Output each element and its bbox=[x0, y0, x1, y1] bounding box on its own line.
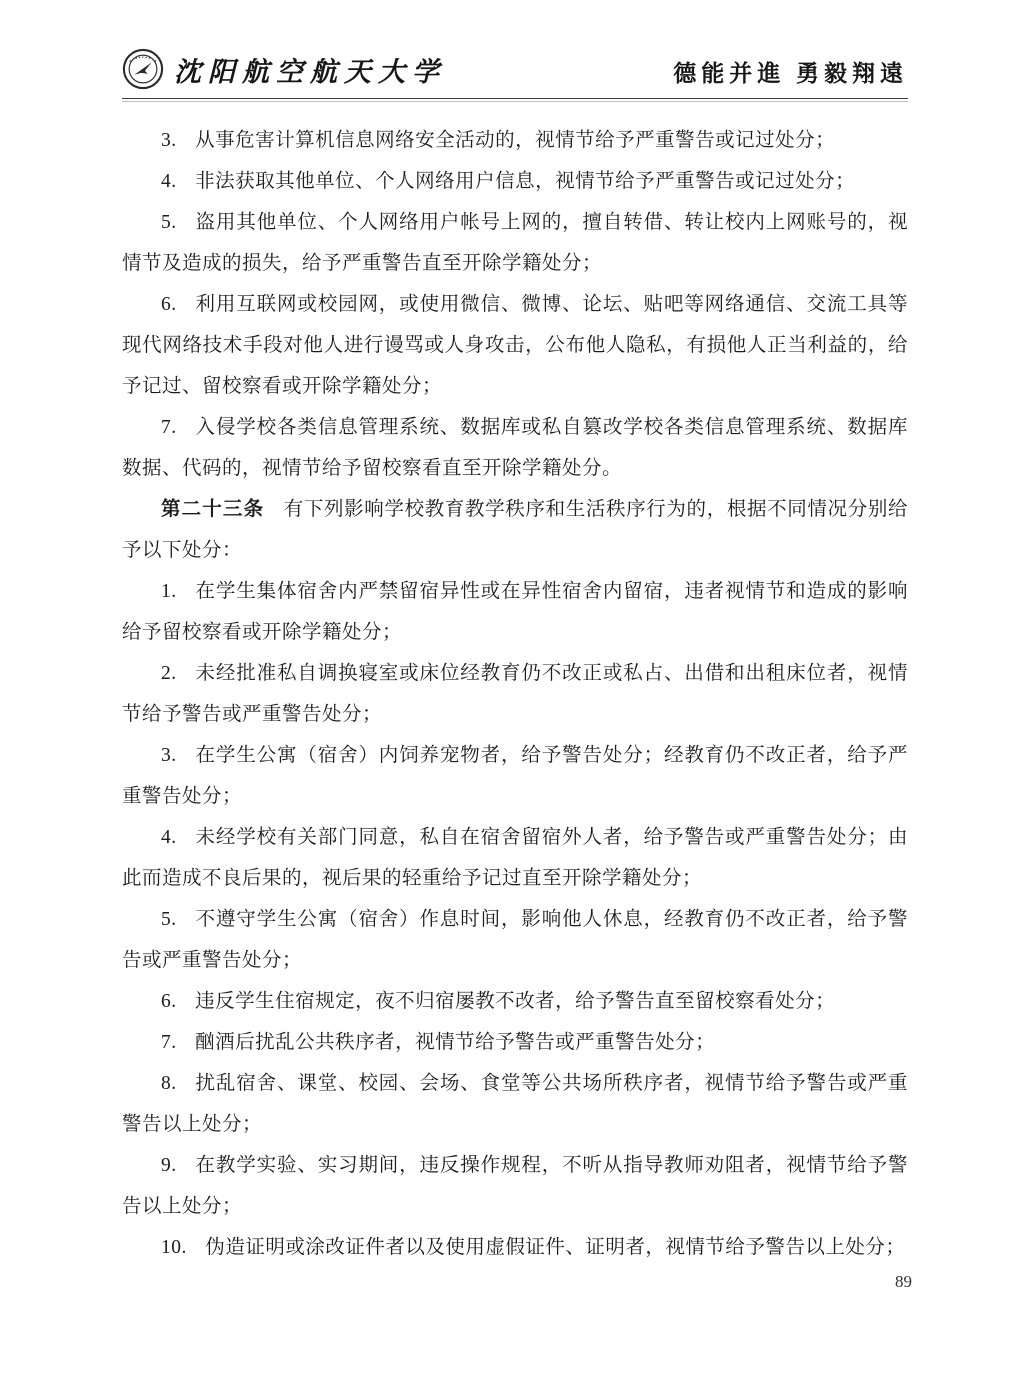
item-number: 7. bbox=[161, 1032, 177, 1053]
article-23-heading: 第二十三条有下列影响学校教育教学秩序和生活秩序行为的，根据不同情况分别给予以下处… bbox=[122, 489, 908, 571]
item-number: 6. bbox=[161, 294, 177, 315]
regulation-paragraph: 7.酗酒后扰乱公共秩序者，视情节给予警告或严重警告处分； bbox=[122, 1022, 908, 1063]
regulation-paragraph: 10.伪造证明或涂改证件者以及使用虚假证件、证明者，视情节给予警告以上处分； bbox=[122, 1227, 908, 1268]
regulation-paragraph: 5.盗用其他单位、个人网络用户帐号上网的，擅自转借、转让校内上网账号的，视情节及… bbox=[122, 202, 908, 284]
item-text: 在教学实验、实习期间，违反操作规程，不听从指导教师劝阻者，视情节给予警告以上处分… bbox=[122, 1155, 908, 1217]
item-text: 未经学校有关部门同意，私自在宿舍留宿外人者，给予警告或严重警告处分；由此而造成不… bbox=[122, 827, 908, 889]
document-page: 沈阳航空航天大学 德能并進 勇毅翔遠 3.从事危害计算机信息网络安全活动的，视情… bbox=[0, 0, 1024, 1387]
regulation-paragraph: 4.未经学校有关部门同意，私自在宿舍留宿外人者，给予警告或严重警告处分；由此而造… bbox=[122, 817, 908, 899]
regulation-paragraph: 2.未经批准私自调换寝室或床位经教育仍不改正或私占、出借和出租床位者，视情节给予… bbox=[122, 653, 908, 735]
item-number: 8. bbox=[161, 1073, 177, 1094]
item-text: 在学生集体宿舍内严禁留宿异性或在异性宿舍内留宿，违者视情节和造成的影响给予留校察… bbox=[122, 581, 908, 643]
school-motto: 德能并進 勇毅翔遠 bbox=[673, 55, 908, 90]
item-text: 违反学生住宿规定，夜不归宿屡教不改者，给予警告直至留校察看处分； bbox=[195, 991, 835, 1012]
item-text: 非法获取其他单位、个人网络用户信息，视情节给予严重警告或记过处分； bbox=[195, 171, 855, 192]
item-text: 在学生公寓（宿舍）内饲养宠物者，给予警告处分；经教育仍不改正者，给予严重警告处分… bbox=[122, 745, 908, 807]
university-logo-icon bbox=[122, 48, 164, 90]
item-number: 1. bbox=[161, 581, 177, 602]
item-number: 7. bbox=[161, 417, 177, 438]
item-text: 从事危害计算机信息网络安全活动的，视情节给予严重警告或记过处分； bbox=[195, 130, 835, 151]
document-body: 3.从事危害计算机信息网络安全活动的，视情节给予严重警告或记过处分； 4.非法获… bbox=[122, 120, 908, 1268]
item-text: 扰乱宿舍、课堂、校园、会场、食堂等公共场所秩序者，视情节给予警告或严重警告以上处… bbox=[122, 1073, 908, 1135]
item-number: 5. bbox=[161, 212, 177, 233]
item-text: 利用互联网或校园网，或使用微信、微博、论坛、贴吧等网络通信、交流工具等现代网络技… bbox=[122, 294, 908, 397]
regulation-paragraph: 6.违反学生住宿规定，夜不归宿屡教不改者，给予警告直至留校察看处分； bbox=[122, 981, 908, 1022]
item-number: 5. bbox=[161, 909, 177, 930]
item-text: 未经批准私自调换寝室或床位经教育仍不改正或私占、出借和出租床位者，视情节给予警告… bbox=[122, 663, 908, 725]
item-text: 酗酒后扰乱公共秩序者，视情节给予警告或严重警告处分； bbox=[195, 1032, 715, 1053]
item-number: 4. bbox=[161, 827, 177, 848]
university-name: 沈阳航空航天大学 bbox=[174, 50, 446, 89]
regulation-paragraph: 3.从事危害计算机信息网络安全活动的，视情节给予严重警告或记过处分； bbox=[122, 120, 908, 161]
item-number: 3. bbox=[161, 130, 177, 151]
article-label: 第二十三条 bbox=[161, 498, 264, 520]
regulation-paragraph: 5.不遵守学生公寓（宿舍）作息时间，影响他人休息，经教育仍不改正者，给予警告或严… bbox=[122, 899, 908, 981]
header-brand: 沈阳航空航天大学 bbox=[122, 48, 446, 90]
regulation-paragraph: 7.入侵学校各类信息管理系统、数据库或私自篡改学校各类信息管理系统、数据库数据、… bbox=[122, 407, 908, 489]
regulation-paragraph: 1.在学生集体宿舍内严禁留宿异性或在异性宿舍内留宿，违者视情节和造成的影响给予留… bbox=[122, 571, 908, 653]
regulation-paragraph: 3.在学生公寓（宿舍）内饲养宠物者，给予警告处分；经教育仍不改正者，给予严重警告… bbox=[122, 735, 908, 817]
regulation-paragraph: 8.扰乱宿舍、课堂、校园、会场、食堂等公共场所秩序者，视情节给予警告或严重警告以… bbox=[122, 1063, 908, 1145]
item-number: 4. bbox=[161, 171, 177, 192]
regulation-paragraph: 4.非法获取其他单位、个人网络用户信息，视情节给予严重警告或记过处分； bbox=[122, 161, 908, 202]
item-number: 9. bbox=[161, 1155, 177, 1176]
item-text: 伪造证明或涂改证件者以及使用虚假证件、证明者，视情节给予警告以上处分； bbox=[205, 1237, 905, 1258]
page-header: 沈阳航空航天大学 德能并進 勇毅翔遠 bbox=[122, 48, 908, 99]
item-number: 6. bbox=[161, 991, 177, 1012]
regulation-paragraph: 6.利用互联网或校园网，或使用微信、微博、论坛、贴吧等网络通信、交流工具等现代网… bbox=[122, 284, 908, 407]
regulation-paragraph: 9.在教学实验、实习期间，违反操作规程，不听从指导教师劝阻者，视情节给予警告以上… bbox=[122, 1145, 908, 1227]
page-number: 89 bbox=[895, 1272, 912, 1292]
item-text: 盗用其他单位、个人网络用户帐号上网的，擅自转借、转让校内上网账号的，视情节及造成… bbox=[122, 212, 908, 274]
item-text: 入侵学校各类信息管理系统、数据库或私自篡改学校各类信息管理系统、数据库数据、代码… bbox=[122, 417, 908, 479]
item-number: 2. bbox=[161, 663, 177, 684]
item-text: 不遵守学生公寓（宿舍）作息时间，影响他人休息，经教育仍不改正者，给予警告或严重警… bbox=[122, 909, 908, 971]
item-number: 10. bbox=[161, 1237, 187, 1258]
item-number: 3. bbox=[161, 745, 177, 766]
